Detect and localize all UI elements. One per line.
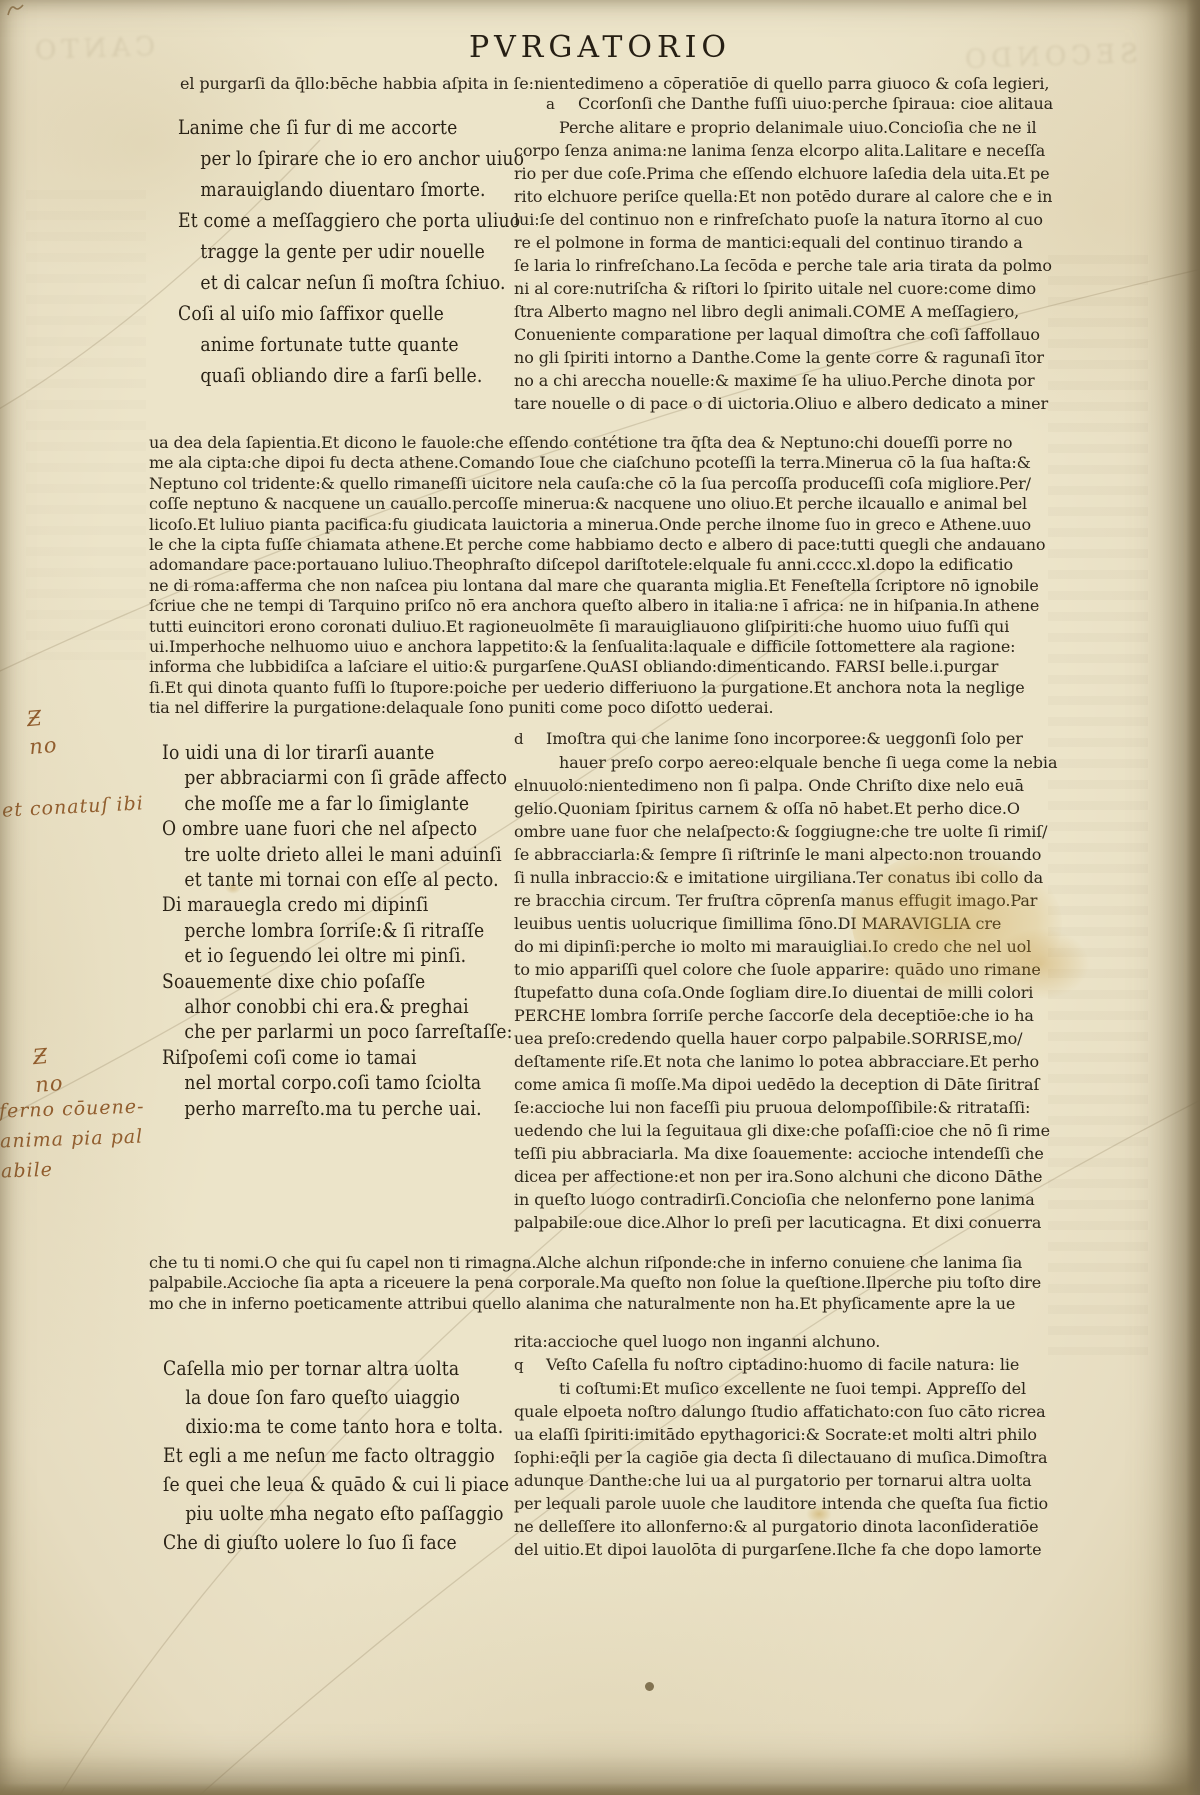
verse-line-text: tragge la gente per udir nouelle — [200, 239, 485, 263]
verse-line: quaſi obliando dire a farſi belle. — [178, 360, 524, 391]
commentary-line-text: me ala cipta:che dipoi fu decta athene.C… — [149, 453, 1031, 472]
commentary-line-text: ſi nulla inbraccio:& e imitatione uirgil… — [514, 868, 1043, 887]
commentary-line-text: ſi.Et qui dinota quanto fuſſi lo ſtupore… — [149, 678, 1025, 697]
verse-line: tragge la gente per udir nouelle — [178, 236, 524, 267]
verse-line-text: perche lombra ſorriſe:& ſi ritraſſe — [184, 918, 484, 942]
commentary-line-text: ne delleſſere ito allonferno:& al purgat… — [514, 1517, 1039, 1536]
commentary-line-text: ſtra Alberto magno nel libro degli anima… — [514, 302, 1019, 321]
commentary-line-text: quale elpoeta noſtro dalungo ſtudio affa… — [514, 1402, 1046, 1421]
verse-line-text: marauiglando diuentaro ſmorte. — [200, 177, 485, 201]
guide-letter: a — [546, 93, 578, 116]
commentary-line: rita:accioche quel luogo non inganni alc… — [514, 1330, 1048, 1353]
commentary-line: licoſo.Et luliuo pianta pacifica:fu giud… — [149, 515, 1045, 535]
commentary-line: teſſi piu abbraciarla. Ma dixe ſoauement… — [514, 1142, 1057, 1165]
verse-line-text: Io uidi una di lor tirarſi auante — [162, 740, 434, 764]
guide-letter: d — [514, 728, 546, 751]
commentary-line-text: Perche alitare e proprio delanimale uiuo… — [559, 118, 1037, 137]
commentary-line-text: to mio appariſſi quel colore che ſuole a… — [514, 960, 1041, 979]
verse-line-text: che per parlarmi un poco ſarreſtaſſe: — [184, 1019, 512, 1043]
commentary-line: Perche alitare e proprio delanimale uiuo… — [514, 116, 1053, 139]
commentary-line-text: do mi dipinſi:perche io molto mi marauig… — [514, 937, 1031, 956]
commentary-line: che tu ti nomi.O che qui ſu capel non ti… — [149, 1253, 1041, 1273]
commentary-line-text: deſtamente riſe.Et nota che lanimo lo po… — [514, 1052, 1039, 1071]
commentary-line-text: ombre uane fuor che nelaſpecto:& ſoggiug… — [514, 822, 1047, 841]
commentary-line: informa che lubbidiſca a laſciare el uit… — [149, 657, 1045, 677]
commentary-line-text: del uitio.Et dipoi lauolōta di purgarſen… — [514, 1540, 1041, 1559]
verse-line-text: Riſpoſemi coſi come io tamai — [162, 1045, 417, 1069]
commentary-line: coſſe neptuno & nacquene un cauallo.perc… — [149, 494, 1045, 514]
commentary-line: adomandare pace:portauano luliuo.Theophr… — [149, 555, 1045, 575]
commentary-line: dicea per affectione:et non per ira.Sono… — [514, 1165, 1057, 1188]
verse-line-text: Caſella mio per tornar altra uolta — [163, 1356, 459, 1380]
verse-line: marauiglando diuentaro ſmorte. — [178, 174, 524, 205]
commentary-line-text: palpabile.Accioche ſia apta a riceuere l… — [149, 1273, 1041, 1292]
commentary-line: ſe laria lo rinfreſchano.La ſecōda e per… — [514, 254, 1053, 277]
commentary-line: elnuuolo:nientedimeno non ſi palpa. Onde… — [514, 774, 1057, 797]
commentary-line-text: corpo ſenza anima:ne lanima ſenza elcorp… — [514, 141, 1045, 160]
commentary-line-text: dicea per affectione:et non per ira.Sono… — [514, 1167, 1042, 1186]
commentary-line: ua dea dela ſapientia.Et dicono le fauol… — [149, 433, 1045, 453]
marginal-note-line: no — [28, 731, 59, 761]
commentary-line-text: hauer preſo corpo aereo:elquale benche ſ… — [559, 753, 1057, 772]
verse-line: perche lombra ſorriſe:& ſi ritraſſe — [162, 918, 513, 943]
commentary-line: corpo ſenza anima:ne lanima ſenza elcorp… — [514, 139, 1053, 162]
commentary-line: do mi dipinſi:perche io molto mi marauig… — [514, 935, 1057, 958]
commentary-line: re bracchia circum. Ter fruſtra cōprenſa… — [514, 889, 1057, 912]
verse-line: nel mortal corpo.coſi tamo ſciolta — [162, 1070, 513, 1095]
verse-line: Coſi al uiſo mio ſaffixor quelle — [178, 298, 524, 329]
commentary-line: ne delleſſere ito allonferno:& al purgat… — [514, 1515, 1048, 1538]
commentary-line-text: uea preſo:credendo quella hauer corpo pa… — [514, 1029, 1022, 1048]
verse-line: piu uolte mha negato eſto paſſaggio — [163, 1499, 509, 1528]
commentary-line-text: palpabile:oue dice.Alhor lo preſi per la… — [514, 1213, 1041, 1232]
verse-line-text: Coſi al uiſo mio ſaffixor quelle — [178, 301, 444, 325]
marginal-annotation: Ƶno — [26, 703, 59, 761]
verse-line-text: piu uolte mha negato eſto paſſaggio — [185, 1501, 503, 1525]
commentary-line: deſtamente riſe.Et nota che lanimo lo po… — [514, 1050, 1057, 1073]
commentary-line: ſcriue che ne tempi di Tarquino priſco n… — [149, 596, 1045, 616]
commentary-line: hauer preſo corpo aereo:elquale benche ſ… — [514, 751, 1057, 774]
commentary-line-text: tutti euincitori erono coronati duliuo.E… — [149, 617, 1009, 636]
commentary-line-text: adomandare pace:portauano luliuo.Theophr… — [149, 555, 1013, 574]
verse-line-text: quaſi obliando dire a farſi belle. — [200, 363, 482, 387]
commentary-line: ſe:accioche lui non faceſſi piu pruoua d… — [514, 1096, 1057, 1119]
verse-line-text: Et come a meſſaggiero che porta uliuo — [178, 208, 520, 232]
commentary-line: gelio.Quoniam ſpiritus carnem & oſſa nō … — [514, 797, 1057, 820]
verse-line-text: et tante mi tornai con eſſe al pecto. — [184, 867, 498, 891]
commentary-line: ſi nulla inbraccio:& e imitatione uirgil… — [514, 866, 1057, 889]
commentary-paragraph-1: ua dea dela ſapientia.Et dicono le fauol… — [149, 433, 1045, 719]
commentary-line-text: ua dea dela ſapientia.Et dicono le fauol… — [149, 433, 1012, 452]
verse-line: che per parlarmi un poco ſarreſtaſſe: — [162, 1019, 513, 1044]
commentary-line: ombre uane fuor che nelaſpecto:& ſoggiug… — [514, 820, 1057, 843]
commentary-line-text: ne di roma:afferma che non naſcea piu lo… — [149, 576, 1039, 595]
commentary-line: tia nel differire la purgatione:delaqual… — [149, 698, 1045, 718]
marginal-note-line-text: abile — [1, 1159, 54, 1183]
commentary-line: palpabile:oue dice.Alhor lo preſi per la… — [514, 1211, 1057, 1234]
commentary-line: ſophi:eq̄li per la cagiōe gia decta ſi d… — [514, 1446, 1048, 1469]
commentary-line: ſi.Et qui dinota quanto fuſſi lo ſtupore… — [149, 678, 1045, 698]
verse-line-text: tre uolte drieto allei le mani aduinſi — [184, 842, 501, 866]
commentary-line-text: ſe laria lo rinfreſchano.La ſecōda e per… — [514, 256, 1052, 275]
commentary-line-text: no gli ſpiriti intorno a Danthe.Come la … — [514, 348, 1044, 367]
running-title: PVRGATORIO — [0, 30, 1200, 65]
commentary-line: ti coſtumi:Et muſico excellente ne ſuoi … — [514, 1377, 1048, 1400]
verse-line-text: O ombre uane fuori che nel aſpecto — [162, 816, 477, 840]
commentary-line-text: ſtupefatto duna coſa.Onde ſogliam dire.I… — [514, 983, 1033, 1002]
commentary-line-text: come amica ſi moſſe.Ma dipoi uedēdo la d… — [514, 1075, 1039, 1094]
commentary-line: ni al core:nutriſcha & riſtori lo ſpirit… — [514, 277, 1053, 300]
commentary-line: tutti euincitori erono coronati duliuo.E… — [149, 617, 1045, 637]
marginal-note-line-text: anima pia pal — [0, 1126, 144, 1153]
verse-line: perho marreſto.ma tu perche uai. — [162, 1096, 513, 1121]
commentary-line: no a chi areccha nouelle:& maxime ſe ha … — [514, 369, 1053, 392]
verse-line-text: Di marauegla credo mi dipinſi — [162, 892, 428, 916]
verse-line: dixio:ma te come tanto hora e tolta. — [163, 1412, 509, 1441]
commentary-line: uedendo che lui la ſeguitaua gli dixe:ch… — [514, 1119, 1057, 1142]
verse-line-text: alhor conobbi chi era.& preghai — [184, 994, 468, 1018]
verse-line-text: per lo ſpirare che io ero anchor uiuo — [200, 146, 524, 170]
verse-line-text: et io ſeguendo lei oltre mi pinſi. — [184, 943, 466, 967]
commentary-paragraph-2: che tu ti nomi.O che qui ſu capel non ti… — [149, 1253, 1041, 1314]
marginal-note-line: Ƶ — [32, 1041, 63, 1071]
marginal-note-line-text: et conatuſ ibi — [2, 792, 145, 821]
commentary-line: no gli ſpiriti intorno a Danthe.Come la … — [514, 346, 1053, 369]
verso-showthrough-band — [26, 190, 146, 660]
verse-line-text: la doue ſon faro queſto uiaggio — [185, 1385, 460, 1409]
commentary-line-text: che tu ti nomi.O che qui ſu capel non ti… — [149, 1253, 1022, 1272]
commentary-line-text: ua elaſſi ſpiriti:imitādo epythagorici:&… — [514, 1425, 1037, 1444]
marginal-note-line: Ƶ — [26, 703, 57, 733]
verse-line: et di calcar neſun ſi moſtra ſchiuo. — [178, 267, 524, 298]
commentary-line: adunque Danthe:che lui ua al purgatorio … — [514, 1469, 1048, 1492]
commentary-line: quale elpoeta noſtro dalungo ſtudio affa… — [514, 1400, 1048, 1423]
verse-line: che moſſe me a far lo ſimiglante — [162, 791, 513, 816]
commentary-line-text: Neptuno col tridente:& quello rimaneſſi … — [149, 474, 1031, 493]
commentary-line: rio per due coſe.Prima che eſſendo elchu… — [514, 162, 1053, 185]
paper-speck — [645, 1682, 654, 1691]
commentary-line-text: ſcriue che ne tempi di Tarquino priſco n… — [149, 596, 1039, 615]
commentary-line-text: no a chi areccha nouelle:& maxime ſe ha … — [514, 371, 1035, 390]
verse-line: tre uolte drieto allei le mani aduinſi — [162, 842, 513, 867]
commentary-line: in queſto luogo contradirſi.Concioſia ch… — [514, 1188, 1057, 1211]
commentary-column-3: rita:accioche quel luogo non inganni alc… — [514, 1330, 1048, 1561]
commentary-line-text: ti coſtumi:Et muſico excellente ne ſuoi … — [559, 1379, 1026, 1398]
verse-line: Lanime che ſi fur di me accorte — [178, 112, 524, 143]
verse-line-text: nel mortal corpo.coſi tamo ſciolta — [184, 1070, 481, 1094]
verse-line-text: Et egli a me neſun me facto oltraggio — [163, 1443, 495, 1467]
marginal-note-line-text: Ƶ — [32, 1044, 50, 1069]
commentary-line-text: Conueniente comparatione per laqual dimo… — [514, 325, 1040, 344]
verse-line-text: Lanime che ſi fur di me accorte — [178, 115, 458, 139]
commentary-line: me ala cipta:che dipoi fu decta athene.C… — [149, 453, 1045, 473]
commentary-line-text: ſophi:eq̄li per la cagiōe gia decta ſi d… — [514, 1448, 1048, 1467]
commentary-line: qVeſto Caſella fu noſtro ciptadino:huomo… — [514, 1353, 1048, 1377]
marginal-note-line: et conatuſ ibi — [1, 789, 144, 824]
commentary-column-2: dImoſtra qui che lanime ſono incorporee:… — [514, 727, 1057, 1234]
commentary-line-text: re bracchia circum. Ter fruſtra cōprenſa… — [514, 891, 1037, 910]
commentary-line: re el polmone in forma de mantici:equali… — [514, 231, 1053, 254]
commentary-line-text: in queſto luogo contradirſi.Concioſia ch… — [514, 1190, 1035, 1209]
verse-line: ſe quei che leua & quādo & cui li piace — [163, 1470, 509, 1499]
corner-pen-mark — [5, 2, 27, 18]
verse-line-text: anime fortunate tutte quante — [200, 332, 458, 356]
verse-line: O ombre uane fuori che nel aſpecto — [162, 816, 513, 841]
verse-line: et io ſeguendo lei oltre mi pinſi. — [162, 943, 513, 968]
marginal-annotation: et conatuſ ibi — [1, 789, 144, 824]
commentary-line-text: adunque Danthe:che lui ua al purgatorio … — [514, 1471, 1032, 1490]
verse-line: la doue ſon faro queſto uiaggio — [163, 1383, 509, 1412]
verse-line: Di marauegla credo mi dipinſi — [162, 892, 513, 917]
book-page-scan: CANTO SECONDO PVRGATORIO el purgarſi da … — [0, 0, 1200, 1795]
commentary-line: uea preſo:credendo quella hauer corpo pa… — [514, 1027, 1057, 1050]
commentary-line-text: ſe:accioche lui non faceſſi piu pruoua d… — [514, 1098, 1030, 1117]
commentary-line: leuibus uentis uolucrique ſimillima ſōno… — [514, 912, 1057, 935]
verse-line: Et egli a me neſun me facto oltraggio — [163, 1441, 509, 1470]
verse-line: Et come a meſſaggiero che porta uliuo — [178, 205, 524, 236]
verse-column-3: Caſella mio per tornar altra uoltala dou… — [163, 1354, 566, 1557]
commentary-line: ui.Imperhoche nelhuomo uiuo e anchora la… — [149, 637, 1045, 657]
commentary-line: ſtupefatto duna coſa.Onde ſogliam dire.I… — [514, 981, 1057, 1004]
verse-line: Soauemente dixe chio poſaſſe — [162, 969, 513, 994]
commentary-line-text: Imoſtra qui che lanime ſono incorporee:&… — [546, 729, 1023, 748]
marginal-note-line: anima pia pal — [0, 1121, 146, 1156]
commentary-line-text: informa che lubbidiſca a laſciare el uit… — [149, 657, 998, 676]
commentary-line: mo che in inferno poeticamente attribui … — [149, 1294, 1041, 1314]
verse-line-text: et di calcar neſun ſi moſtra ſchiuo. — [200, 270, 505, 294]
commentary-line: Conueniente comparatione per laqual dimo… — [514, 323, 1053, 346]
commentary-line-text: gelio.Quoniam ſpiritus carnem & oſſa nō … — [514, 799, 1020, 818]
commentary-line: le che la cipta fuſſe chiamata athene.Et… — [149, 535, 1045, 555]
commentary-line-text: Ccorſonſi che Danthe fuſſi uiuo:perche ſ… — [578, 94, 1053, 113]
verse-line-text: ſe quei che leua & quādo & cui li piace — [163, 1472, 509, 1496]
verse-line-text: Che di giuſto uolere lo ſuo ſi face — [163, 1530, 457, 1554]
commentary-line-text: coſſe neptuno & nacquene un cauallo.perc… — [149, 494, 1027, 513]
commentary-line: aCcorſonſi che Danthe fuſſi uiuo:perche … — [514, 92, 1053, 116]
verse-line: per lo ſpirare che io ero anchor uiuo — [178, 143, 524, 174]
commentary-line-text: teſſi piu abbraciarla. Ma dixe ſoauement… — [514, 1144, 1044, 1163]
commentary-line: ſe abbracciarla:& ſempre ſi riſtrinſe le… — [514, 843, 1057, 866]
commentary-line: tare nouelle o di pace o di uictoria.Oli… — [514, 392, 1053, 415]
commentary-line-text: ni al core:nutriſcha & riſtori lo ſpirit… — [514, 279, 1036, 298]
verso-showthrough-band — [1048, 255, 1148, 1355]
commentary-line: palpabile.Accioche ſia apta a riceuere l… — [149, 1273, 1041, 1293]
commentary-line-text: PERCHE lombra ſorriſe perche ſaccorſe de… — [514, 1006, 1034, 1025]
verse-line-text: Soauemente dixe chio poſaſſe — [162, 969, 425, 993]
commentary-line-text: le che la cipta fuſſe chiamata athene.Et… — [149, 535, 1045, 554]
verse-column-2: Io uidi una di lor tirarſi auanteper abb… — [162, 740, 570, 1121]
marginal-annotation: ferno cōuene-anima pia palabile — [0, 1091, 147, 1186]
verse-line-text: che moſſe me a far lo ſimiglante — [184, 791, 469, 815]
verse-line: Riſpoſemi coſi come io tamai — [162, 1045, 513, 1070]
marginal-note-line-text: no — [34, 1071, 64, 1097]
commentary-line-text: ui.Imperhoche nelhuomo uiuo e anchora la… — [149, 637, 1015, 656]
commentary-line-text: tia nel differire la purgatione:delaqual… — [149, 698, 773, 717]
commentary-line: PERCHE lombra ſorriſe perche ſaccorſe de… — [514, 1004, 1057, 1027]
commentary-line-text: rio per due coſe.Prima che eſſendo elchu… — [514, 164, 1049, 183]
commentary-line: ua elaſſi ſpiriti:imitādo epythagorici:&… — [514, 1423, 1048, 1446]
marginal-note-line: abile — [1, 1151, 148, 1186]
commentary-line-text: Veſto Caſella fu noſtro ciptadino:huomo … — [546, 1355, 1019, 1374]
verse-line: Caſella mio per tornar altra uolta — [163, 1354, 509, 1383]
commentary-line: per lequali parole uuole che lauditore i… — [514, 1492, 1048, 1515]
commentary-line-text: per lequali parole uuole che lauditore i… — [514, 1494, 1048, 1513]
commentary-line: to mio appariſſi quel colore che ſuole a… — [514, 958, 1057, 981]
guide-letter: q — [514, 1354, 546, 1377]
commentary-line-text: uedendo che lui la ſeguitaua gli dixe:ch… — [514, 1121, 1050, 1140]
commentary-line: Neptuno col tridente:& quello rimaneſſi … — [149, 474, 1045, 494]
verse-line: alhor conobbi chi era.& preghai — [162, 994, 513, 1019]
commentary-line-text: tare nouelle o di pace o di uictoria.Oli… — [514, 394, 1048, 413]
verse-line: et tante mi tornai con eſſe al pecto. — [162, 867, 513, 892]
commentary-line: ſtra Alberto magno nel libro degli anima… — [514, 300, 1053, 323]
marginal-note-line-text: no — [28, 733, 58, 759]
commentary-line-text: re el polmone in forma de mantici:equali… — [514, 233, 1023, 252]
commentary-line-text: elnuuolo:nientedimeno non ſi palpa. Onde… — [514, 776, 1024, 795]
commentary-column-1: aCcorſonſi che Danthe fuſſi uiuo:perche … — [514, 92, 1053, 415]
commentary-line-text: lui:ſe del continuo non e rinfreſchato p… — [514, 210, 1043, 229]
marginal-note-line-text: Ƶ — [26, 706, 44, 731]
commentary-line: come amica ſi moſſe.Ma dipoi uedēdo la d… — [514, 1073, 1057, 1096]
commentary-line-text: mo che in inferno poeticamente attribui … — [149, 1294, 1015, 1313]
marginal-annotation: Ƶno — [32, 1041, 65, 1099]
verse-line: Io uidi una di lor tirarſi auante — [162, 740, 513, 765]
intro-line: el purgarſi da q̄llo:bēche habbia aſpita… — [180, 74, 1049, 93]
commentary-line-text: licoſo.Et luliuo pianta pacifica:fu giud… — [149, 515, 1031, 534]
verse-line: per abbraciarmi con ſi grāde affecto — [162, 765, 513, 790]
commentary-line: rito elchuore periſce quella:Et non potē… — [514, 185, 1053, 208]
commentary-line-text: rita:accioche quel luogo non inganni alc… — [514, 1332, 880, 1351]
verse-line-text: per abbraciarmi con ſi grāde affecto — [184, 765, 507, 789]
commentary-line: dImoſtra qui che lanime ſono incorporee:… — [514, 727, 1057, 751]
verse-line: Che di giuſto uolere lo ſuo ſi face — [163, 1528, 509, 1557]
marginal-note-line-text: ferno cōuene- — [0, 1095, 145, 1122]
verse-line: anime fortunate tutte quante — [178, 329, 524, 360]
commentary-line: lui:ſe del continuo non e rinfreſchato p… — [514, 208, 1053, 231]
verse-line-text: perho marreſto.ma tu perche uai. — [184, 1096, 481, 1120]
commentary-line: ne di roma:afferma che non naſcea piu lo… — [149, 576, 1045, 596]
verse-line-text: dixio:ma te come tanto hora e tolta. — [185, 1414, 503, 1438]
commentary-line-text: rito elchuore periſce quella:Et non potē… — [514, 187, 1052, 206]
commentary-line: del uitio.Et dipoi lauolōta di purgarſen… — [514, 1538, 1048, 1561]
commentary-line-text: ſe abbracciarla:& ſempre ſi riſtrinſe le… — [514, 845, 1041, 864]
commentary-line-text: leuibus uentis uolucrique ſimillima ſōno… — [514, 914, 1001, 933]
